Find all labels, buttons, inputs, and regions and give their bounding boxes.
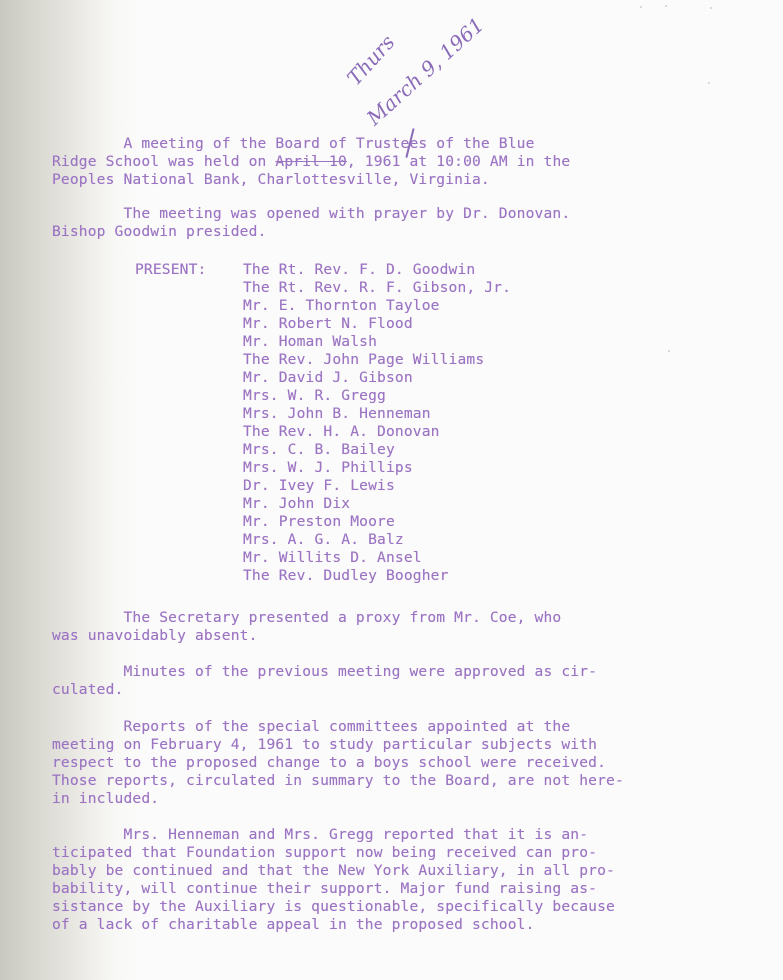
- text-line: A meeting of the Board of Trustees of th…: [52, 135, 535, 153]
- text-line: Reports of the special committees appoin…: [52, 718, 570, 736]
- text-line: was unavoidably absent.: [52, 627, 258, 645]
- attendee: Mr. David J. Gibson: [243, 369, 413, 387]
- present-label: PRESENT:: [135, 261, 207, 279]
- scan-speck: [710, 7, 712, 9]
- attendee: Mrs. C. B. Bailey: [243, 441, 395, 459]
- text-line: Peoples National Bank, Charlottesville, …: [52, 171, 490, 189]
- text-line: meeting on February 4, 1961 to study par…: [52, 736, 597, 754]
- text-line: sistance by the Auxiliary is questionabl…: [52, 898, 615, 916]
- text-line: respect to the proposed change to a boys…: [52, 754, 606, 772]
- paragraph-committee-reports: Reports of the special committees appoin…: [0, 695, 783, 823]
- attendee: Mr. Preston Moore: [243, 513, 395, 531]
- attendee: Mr. Robert N. Flood: [243, 315, 413, 333]
- text-line: Bishop Goodwin presided.: [52, 223, 266, 241]
- scanned-page: Thurs March 9, 1961 A meeting of the Boa…: [0, 0, 783, 980]
- text-segment: , 1961 at 10:00 AM in the: [347, 153, 570, 170]
- attendee: Mrs. A. G. A. Balz: [243, 531, 404, 549]
- text-line: in included.: [52, 790, 159, 808]
- attendee: Mrs. W. R. Gregg: [243, 387, 386, 405]
- text-line: Those reports, circulated in summary to …: [52, 772, 624, 790]
- text-line: The meeting was opened with prayer by Dr…: [52, 205, 570, 223]
- paragraph-foundation-support: Mrs. Henneman and Mrs. Gregg reported th…: [0, 823, 783, 969]
- attendee: The Rev. John Page Williams: [243, 351, 484, 369]
- attendee: Mr. John Dix: [243, 495, 350, 513]
- attendee: The Rev. H. A. Donovan: [243, 423, 440, 441]
- attendee: Mrs. W. J. Phillips: [243, 459, 413, 477]
- scan-speck: [708, 82, 710, 84]
- attendee: Mrs. John B. Henneman: [243, 405, 431, 423]
- text-line: of a lack of charitable appeal in the pr…: [52, 916, 535, 934]
- scan-speck: [665, 5, 667, 7]
- text-line: bability, will continue their support. M…: [52, 880, 597, 898]
- text-line: bably be continued and that the New York…: [52, 862, 615, 880]
- text-line: ticipated that Foundation support now be…: [52, 844, 597, 862]
- text-line: The Secretary presented a proxy from Mr.…: [52, 609, 561, 627]
- attendee: Mr. Willits D. Ansel: [243, 549, 422, 567]
- text-line: Mrs. Henneman and Mrs. Gregg reported th…: [52, 826, 588, 844]
- struck-date: April 10: [275, 153, 347, 170]
- text-segment: Ridge School was held on: [52, 153, 275, 170]
- attendee: Mr. Homan Walsh: [243, 333, 377, 351]
- attendee: Mr. E. Thornton Tayloe: [243, 297, 440, 315]
- text-line: Ridge School was held on April 10, 1961 …: [52, 153, 570, 171]
- attendee: Dr. Ivey F. Lewis: [243, 477, 395, 495]
- attendee: The Rt. Rev. R. F. Gibson, Jr.: [243, 279, 511, 297]
- text-line: culated.: [52, 681, 124, 699]
- attendee: The Rt. Rev. F. D. Goodwin: [243, 261, 475, 279]
- scan-speck: [668, 350, 670, 352]
- attendee: The Rev. Dudley Boogher: [243, 567, 449, 585]
- scan-speck: [640, 6, 642, 8]
- handwritten-date-annotation: Thurs March 9, 1961: [360, 10, 560, 120]
- text-line: Minutes of the previous meeting were app…: [52, 663, 597, 681]
